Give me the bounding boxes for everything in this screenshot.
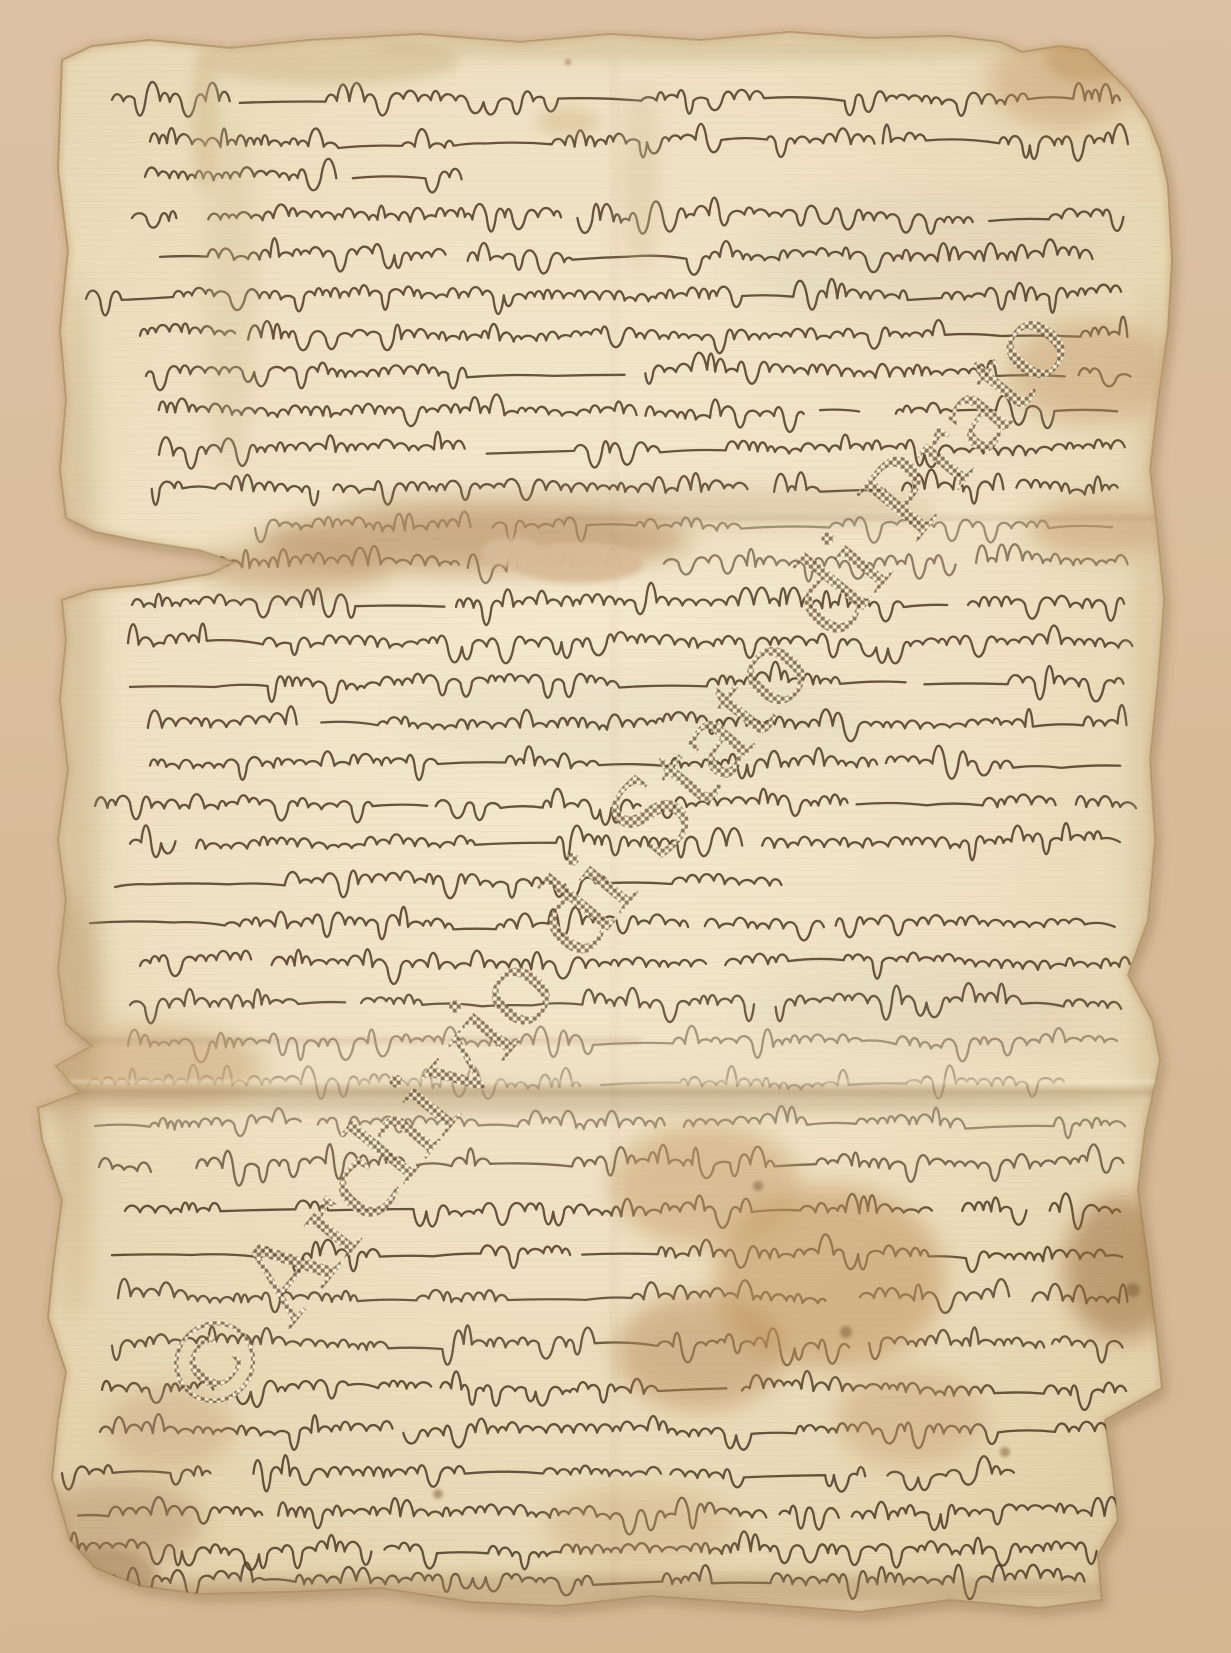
over-stain [536, 108, 600, 136]
over-stain [545, 1485, 735, 1565]
over-stain [37, 1547, 157, 1603]
over-stain [55, 1574, 1145, 1606]
show-through-patch [482, 538, 542, 566]
over-stain [200, 544, 390, 592]
over-stain [624, 85, 656, 275]
over-stain [50, 280, 98, 1320]
ink-dot [1000, 1447, 1010, 1457]
over-stain [615, 1294, 785, 1410]
ink-dot [1126, 1283, 1140, 1297]
over-stain [1064, 1196, 1180, 1340]
document-scan: © Archivio di Stato di Prato [0, 0, 1231, 1653]
ink-dot [840, 1326, 852, 1338]
over-stain [204, 120, 256, 480]
over-stain [55, 1083, 1145, 1113]
ink-dot [565, 59, 571, 65]
manuscript-scan-page: © Archivio di Stato di Prato [0, 0, 1231, 1653]
over-stain [835, 1370, 985, 1466]
ink-dot [753, 1181, 763, 1191]
fold-crease [45, 1080, 1160, 1083]
fold-crease [45, 1089, 1160, 1095]
ink-dot [433, 1489, 443, 1499]
